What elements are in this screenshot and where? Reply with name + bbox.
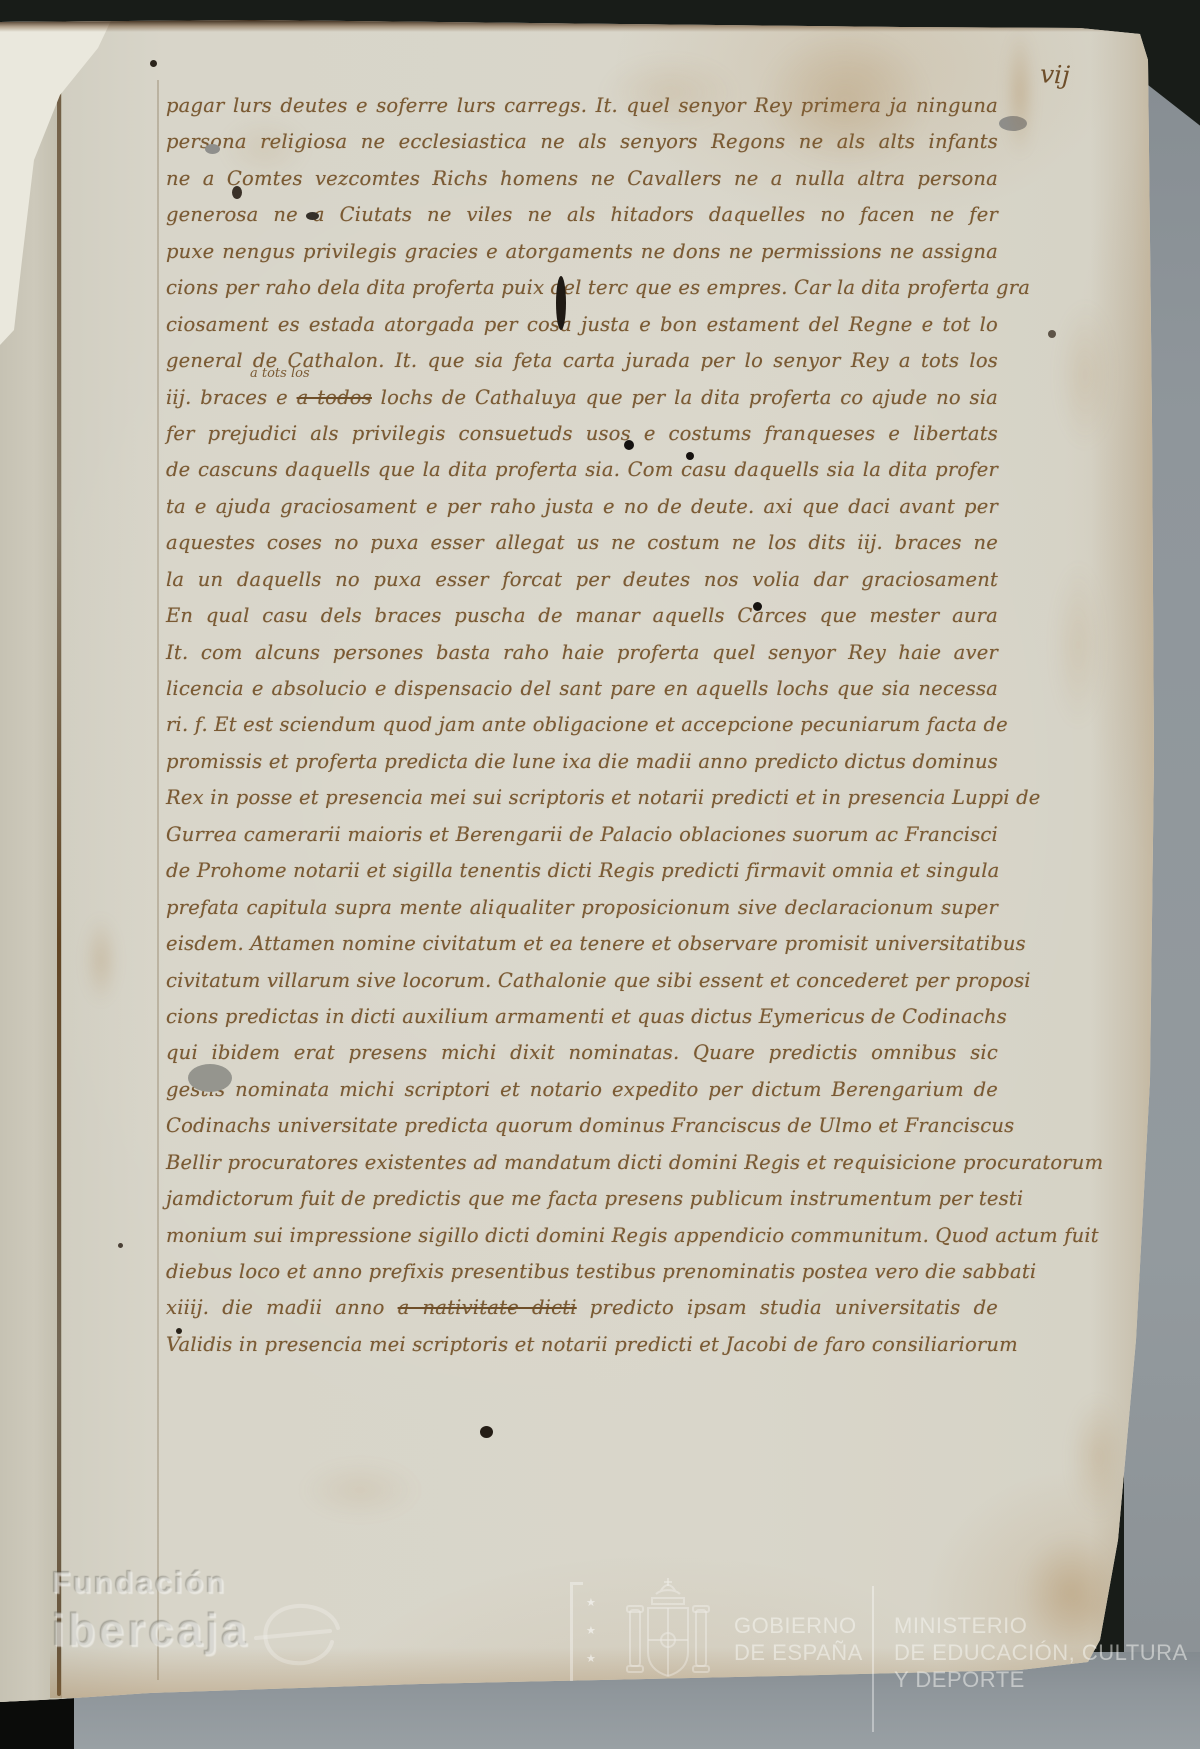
ministerio-watermark-line1: MINISTERIO xyxy=(894,1612,1188,1639)
manuscript-line: Codinachs universitate predicta quorum d… xyxy=(166,1108,998,1144)
worm-hole xyxy=(306,212,319,220)
manuscript-line: puxe nengus privilegis gracies e atorgam… xyxy=(166,234,998,270)
book-cover-corner xyxy=(0,1694,74,1749)
paper-stain xyxy=(300,1460,420,1520)
paper-stain xyxy=(220,115,310,180)
ibercaja-watermark-line2: ibercaja xyxy=(52,1603,412,1657)
gobierno-watermark-line2: DE ESPAÑA xyxy=(734,1639,863,1666)
star-icon: ★ xyxy=(586,1596,596,1609)
manuscript-line: monium sui impressione sigillo dicti dom… xyxy=(166,1218,998,1254)
manuscript-line: aquestes coses no puxa esser allegat us … xyxy=(166,525,998,561)
manuscript-line: En qual casu dels braces puscha de manar… xyxy=(166,598,998,634)
paper-stain xyxy=(600,55,740,130)
manuscript-line: prefata capitula supra mente aliqualiter… xyxy=(166,890,998,926)
manuscript-line: xiiij. die madii anno a nativitate dicti… xyxy=(166,1290,998,1326)
star-icon: ★ xyxy=(586,1652,596,1665)
manuscript-text-block: pagar lurs deutes e soferre lurs carregs… xyxy=(166,88,998,1363)
spain-coat-of-arms-icon xyxy=(622,1576,714,1694)
worm-hole xyxy=(556,276,566,330)
folio-number: vij xyxy=(1039,59,1070,90)
paper-stain xyxy=(1055,300,1115,450)
manuscript-line: de Prohome notarii et sigilla tenentis d… xyxy=(166,853,998,889)
watermark-divider xyxy=(872,1586,874,1732)
ministerio-watermark-line2: DE EDUCACIÓN, CULTURA xyxy=(894,1639,1188,1666)
worm-hole xyxy=(232,186,242,199)
manuscript-line: cions per raho dela dita proferta puix d… xyxy=(166,270,998,306)
gutter-crease-line xyxy=(57,24,61,1696)
manuscript-line: ri. f. Et est sciendum quod jam ante obl… xyxy=(166,707,998,743)
worm-hole xyxy=(118,1243,123,1248)
manuscript-line: Validis in presencia mei scriptoris et n… xyxy=(166,1327,998,1363)
manuscript-scan: vij pagar lurs deutes e soferre lurs car… xyxy=(0,0,1200,1749)
ibercaja-watermark: Fundación ibercaja xyxy=(52,1565,412,1657)
manuscript-line: ciosament es estada atorgada per cosa ju… xyxy=(166,307,998,343)
gobierno-watermark: GOBIERNO DE ESPAÑA xyxy=(734,1612,863,1666)
worm-hole xyxy=(176,1328,182,1334)
manuscript-line: qui ibidem erat presens michi dixit nomi… xyxy=(166,1035,998,1071)
struck-words: a nativitate dicti xyxy=(398,1296,577,1319)
worm-hole xyxy=(1048,330,1056,338)
manuscript-line: licencia e absolucio e dispensacio del s… xyxy=(166,671,998,707)
interlinear-addition: a tots los xyxy=(250,366,310,381)
manuscript-line: ta e ajuda graciosament e per raho justa… xyxy=(166,489,998,525)
manuscript-line: promissis et proferta predicta die lune … xyxy=(166,744,998,780)
manuscript-line: cions predictas in dicti auxilium armame… xyxy=(166,999,998,1035)
worm-hole xyxy=(686,452,694,460)
manuscript-line: Bellir procuratores existentes ad mandat… xyxy=(166,1145,998,1181)
worm-hole xyxy=(188,1064,232,1092)
worm-hole xyxy=(205,144,220,154)
worm-hole xyxy=(150,60,157,67)
paper-stain xyxy=(84,915,118,1005)
manuscript-line: fer prejudici als privilegis consuetuds … xyxy=(166,416,998,452)
worm-hole xyxy=(624,440,634,450)
page-fold-line xyxy=(157,80,159,1680)
manuscript-line: gestis nominata michi scriptori et notar… xyxy=(166,1072,998,1108)
manuscript-line: Rex in posse et presencia mei sui script… xyxy=(166,780,998,816)
manuscript-line: de cascuns daquells que la dita proferta… xyxy=(166,452,998,488)
ministerio-watermark-line3: Y DEPORTE xyxy=(894,1666,1188,1693)
star-icon: ★ xyxy=(586,1624,596,1637)
stars-bar-watermark: ★ ★ ★ xyxy=(566,1582,606,1678)
manuscript-line: jamdictorum fuit de predictis que me fac… xyxy=(166,1181,998,1217)
manuscript-line: civitatum villarum sive locorum. Cathalo… xyxy=(166,963,998,999)
worm-hole xyxy=(480,1426,493,1438)
struck-words: a todos xyxy=(297,386,372,409)
paper-stain xyxy=(1006,28,1034,158)
manuscript-line: eisdem. Attamen nomine civitatum et ea t… xyxy=(166,926,998,962)
paper-stain xyxy=(1052,560,1104,730)
parchment-page: vij pagar lurs deutes e soferre lurs car… xyxy=(0,0,1200,1749)
manuscript-line: Gurrea camerarii maioris et Berengarii d… xyxy=(166,817,998,853)
manuscript-line: generosa ne a Ciutats ne viles ne als hi… xyxy=(166,197,998,233)
ibercaja-watermark-line1: Fundación xyxy=(52,1565,412,1601)
manuscript-line: iij. braces e a todos lochs de Cathaluya… xyxy=(166,380,998,416)
gobierno-watermark-line1: GOBIERNO xyxy=(734,1612,863,1639)
manuscript-line: It. com alcuns persones basta raho haie … xyxy=(166,635,998,671)
paper-stain xyxy=(760,30,930,170)
worm-hole xyxy=(753,602,762,611)
ibercaja-logo-icon xyxy=(252,1598,352,1676)
paper-stain xyxy=(1068,1395,1128,1520)
bar-icon xyxy=(570,1582,583,1681)
manuscript-line: diebus loco et anno prefixis presentibus… xyxy=(166,1254,998,1290)
browned-top-edge xyxy=(0,20,1150,32)
manuscript-line: la un daquells no puxa esser forcat per … xyxy=(166,562,998,598)
ministerio-watermark: MINISTERIO DE EDUCACIÓN, CULTURA Y DEPOR… xyxy=(894,1612,1188,1693)
